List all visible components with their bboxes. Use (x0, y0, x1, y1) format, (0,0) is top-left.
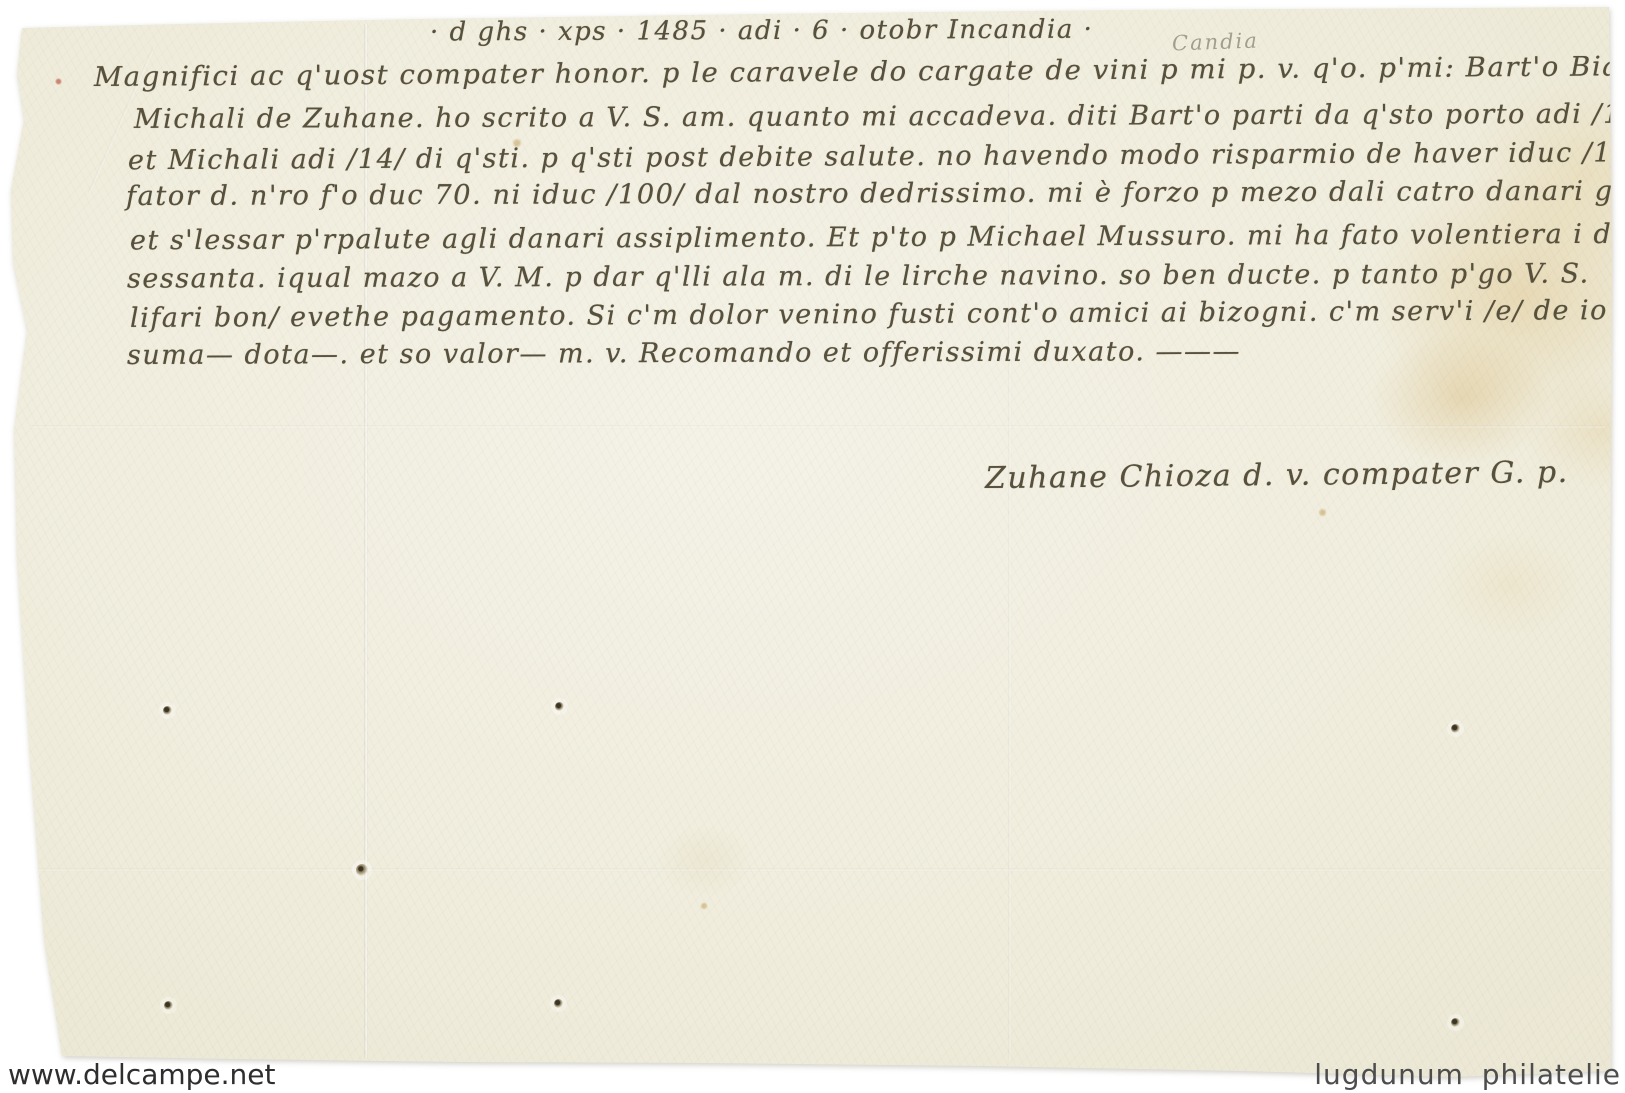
manuscript-line: suma— dota—. et so valor— m. v. Recomand… (127, 336, 1241, 371)
pin-hole (1451, 724, 1460, 733)
pin-hole (163, 706, 172, 715)
manuscript-line: Magnifici ac q'uost compater honor. p le… (94, 51, 1625, 93)
vertical-fold-crease (364, 24, 368, 1058)
pin-hole (164, 1001, 173, 1010)
letter-sheet-wrapper: · d ghs · xps · 1485 · adi · 6 · otobr I… (0, 0, 1625, 1093)
seal-slit-hole (356, 864, 368, 876)
pin-hole (555, 702, 564, 711)
foxing-spot (1318, 508, 1327, 517)
manuscript-line: sessanta. iqual mazo a V. M. p dar q'lli… (127, 258, 1590, 294)
manuscript-line: lifari bon/ evethe pagamento. Si c'm dol… (130, 295, 1608, 334)
pencil-annotation: Candia (1172, 28, 1260, 55)
pin-hole (554, 999, 563, 1008)
letter-sheet: · d ghs · xps · 1485 · adi · 6 · otobr I… (0, 0, 1625, 1093)
manuscript-dateline: · d ghs · xps · 1485 · adi · 6 · otobr I… (430, 15, 1093, 48)
manuscript-line: Michali de Zuhane. ho scrito a V. S. am.… (134, 98, 1625, 135)
manuscript-line: fator d. n'ro f'o duc 70. ni iduc /100/ … (126, 175, 1625, 212)
watermark-lugdunum: lugdunum philatelie (1314, 1058, 1621, 1091)
manuscript-line: et Michali adi /14/ di q'sti. p q'sti po… (128, 137, 1625, 176)
horizontal-fold-crease (30, 425, 1605, 429)
watermark-delcampe: www.delcampe.net (8, 1058, 276, 1091)
pin-hole (1451, 1018, 1460, 1027)
horizontal-fold-crease (30, 868, 1605, 872)
manuscript-line: et s'lessar p'rpalute agli danari assipl… (130, 219, 1625, 257)
foxing-spot (700, 902, 708, 910)
manuscript-signature: Zuhane Chioza d. v. compater G. p. (985, 455, 1569, 496)
foxing-spot (55, 78, 62, 85)
